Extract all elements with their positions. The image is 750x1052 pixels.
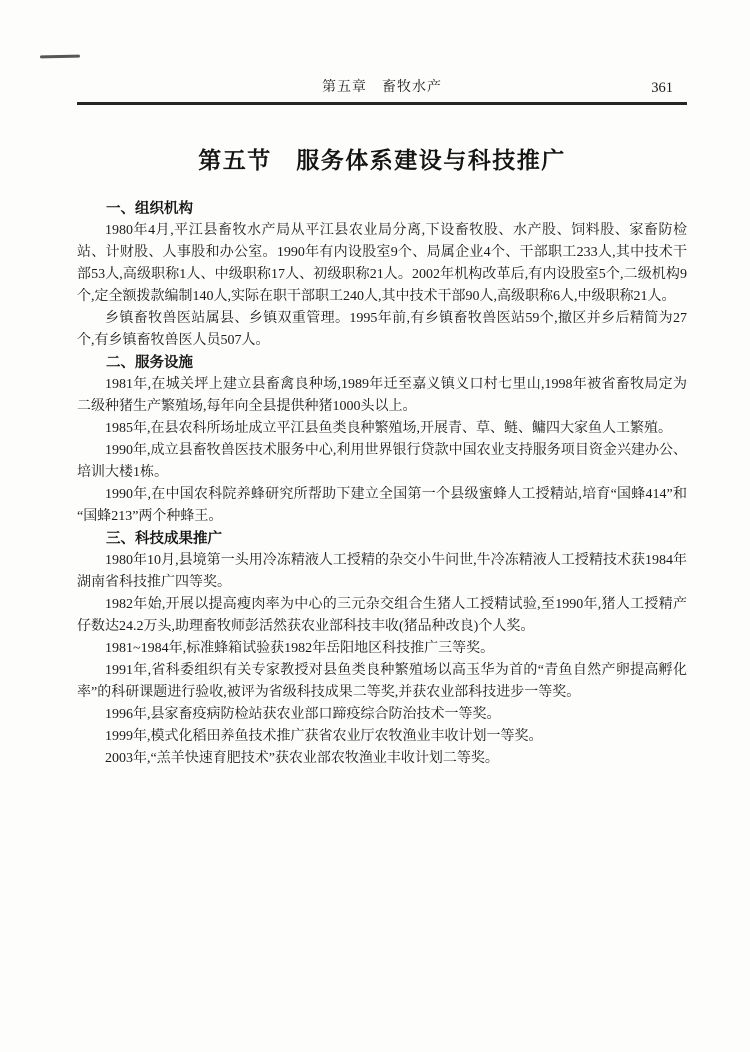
- running-head-chapter-title: 第五章 畜牧水产: [322, 80, 442, 95]
- section-service-facilities: 二、服务设施 1981年,在城关坪上建立县畜禽良种场,1989年迁至嘉义镇义口村…: [77, 352, 687, 528]
- paragraph: 1990年,在中国农科院养蜂研究所帮助下建立全国第一个县级蜜蜂人工授精站,培育“…: [77, 484, 687, 528]
- running-head: 第五章 畜牧水产 361: [77, 80, 687, 96]
- paragraph: 乡镇畜牧兽医站属县、乡镇双重管理。1995年前,有乡镇畜牧兽医站59个,撤区并乡…: [77, 308, 687, 352]
- paragraph: 1985年,在县农科所场址成立平江县鱼类良种繁殖场,开展青、草、鲢、鳙四大家鱼人…: [77, 418, 687, 440]
- paragraph: 1980年4月,平江县畜牧水产局从平江县农业局分离,下设畜牧股、水产股、饲料股、…: [77, 220, 687, 308]
- paragraph: 1982年始,开展以提高瘦肉率为中心的三元杂交组合生猪人工授精试验,至1990年…: [77, 594, 687, 638]
- section-heading: 三、科技成果推广: [77, 528, 687, 550]
- section-heading: 二、服务设施: [77, 352, 687, 374]
- body-text: 一、组织机构 1980年4月,平江县畜牧水产局从平江县农业局分离,下设畜牧股、水…: [77, 198, 687, 770]
- paragraph: 1996年,县家畜疫病防检站获农业部口蹄疫综合防治技术一等奖。: [77, 704, 687, 726]
- paragraph: 1981~1984年,标准蜂箱试验获1982年岳阳地区科技推广三等奖。: [77, 638, 687, 660]
- section-organization: 一、组织机构 1980年4月,平江县畜牧水产局从平江县农业局分离,下设畜牧股、水…: [77, 198, 687, 352]
- paragraph: 1991年,省科委组织有关专家教授对县鱼类良种繁殖场以高玉华为首的“青鱼自然产卵…: [77, 660, 687, 704]
- section-title: 第五节 服务体系建设与科技推广: [77, 147, 687, 173]
- section-science-promotion: 三、科技成果推广 1980年10月,县境第一头用冷冻精液人工授精的杂交小牛问世,…: [77, 528, 687, 770]
- scan-artifact: [40, 55, 80, 59]
- page-content: 第五章 畜牧水产 361 第五节 服务体系建设与科技推广 一、组织机构 1980…: [77, 0, 687, 770]
- paragraph: 1999年,模式化稻田养鱼技术推广获省农业厅农牧渔业丰收计划一等奖。: [77, 726, 687, 748]
- header-rule: [77, 102, 687, 105]
- paragraph: 1981年,在城关坪上建立县畜禽良种场,1989年迁至嘉义镇义口村七里山,199…: [77, 374, 687, 418]
- page-number: 361: [651, 80, 673, 96]
- paragraph: 1990年,成立县畜牧兽医技术服务中心,利用世界银行贷款中国农业支持服务项目资金…: [77, 440, 687, 484]
- paragraph: 1980年10月,县境第一头用冷冻精液人工授精的杂交小牛问世,牛冷冻精液人工授精…: [77, 550, 687, 594]
- section-heading: 一、组织机构: [77, 198, 687, 220]
- paragraph: 2003年,“羔羊快速育肥技术”获农业部农牧渔业丰收计划二等奖。: [77, 748, 687, 770]
- book-page: 第五章 畜牧水产 361 第五节 服务体系建设与科技推广 一、组织机构 1980…: [0, 0, 750, 1052]
